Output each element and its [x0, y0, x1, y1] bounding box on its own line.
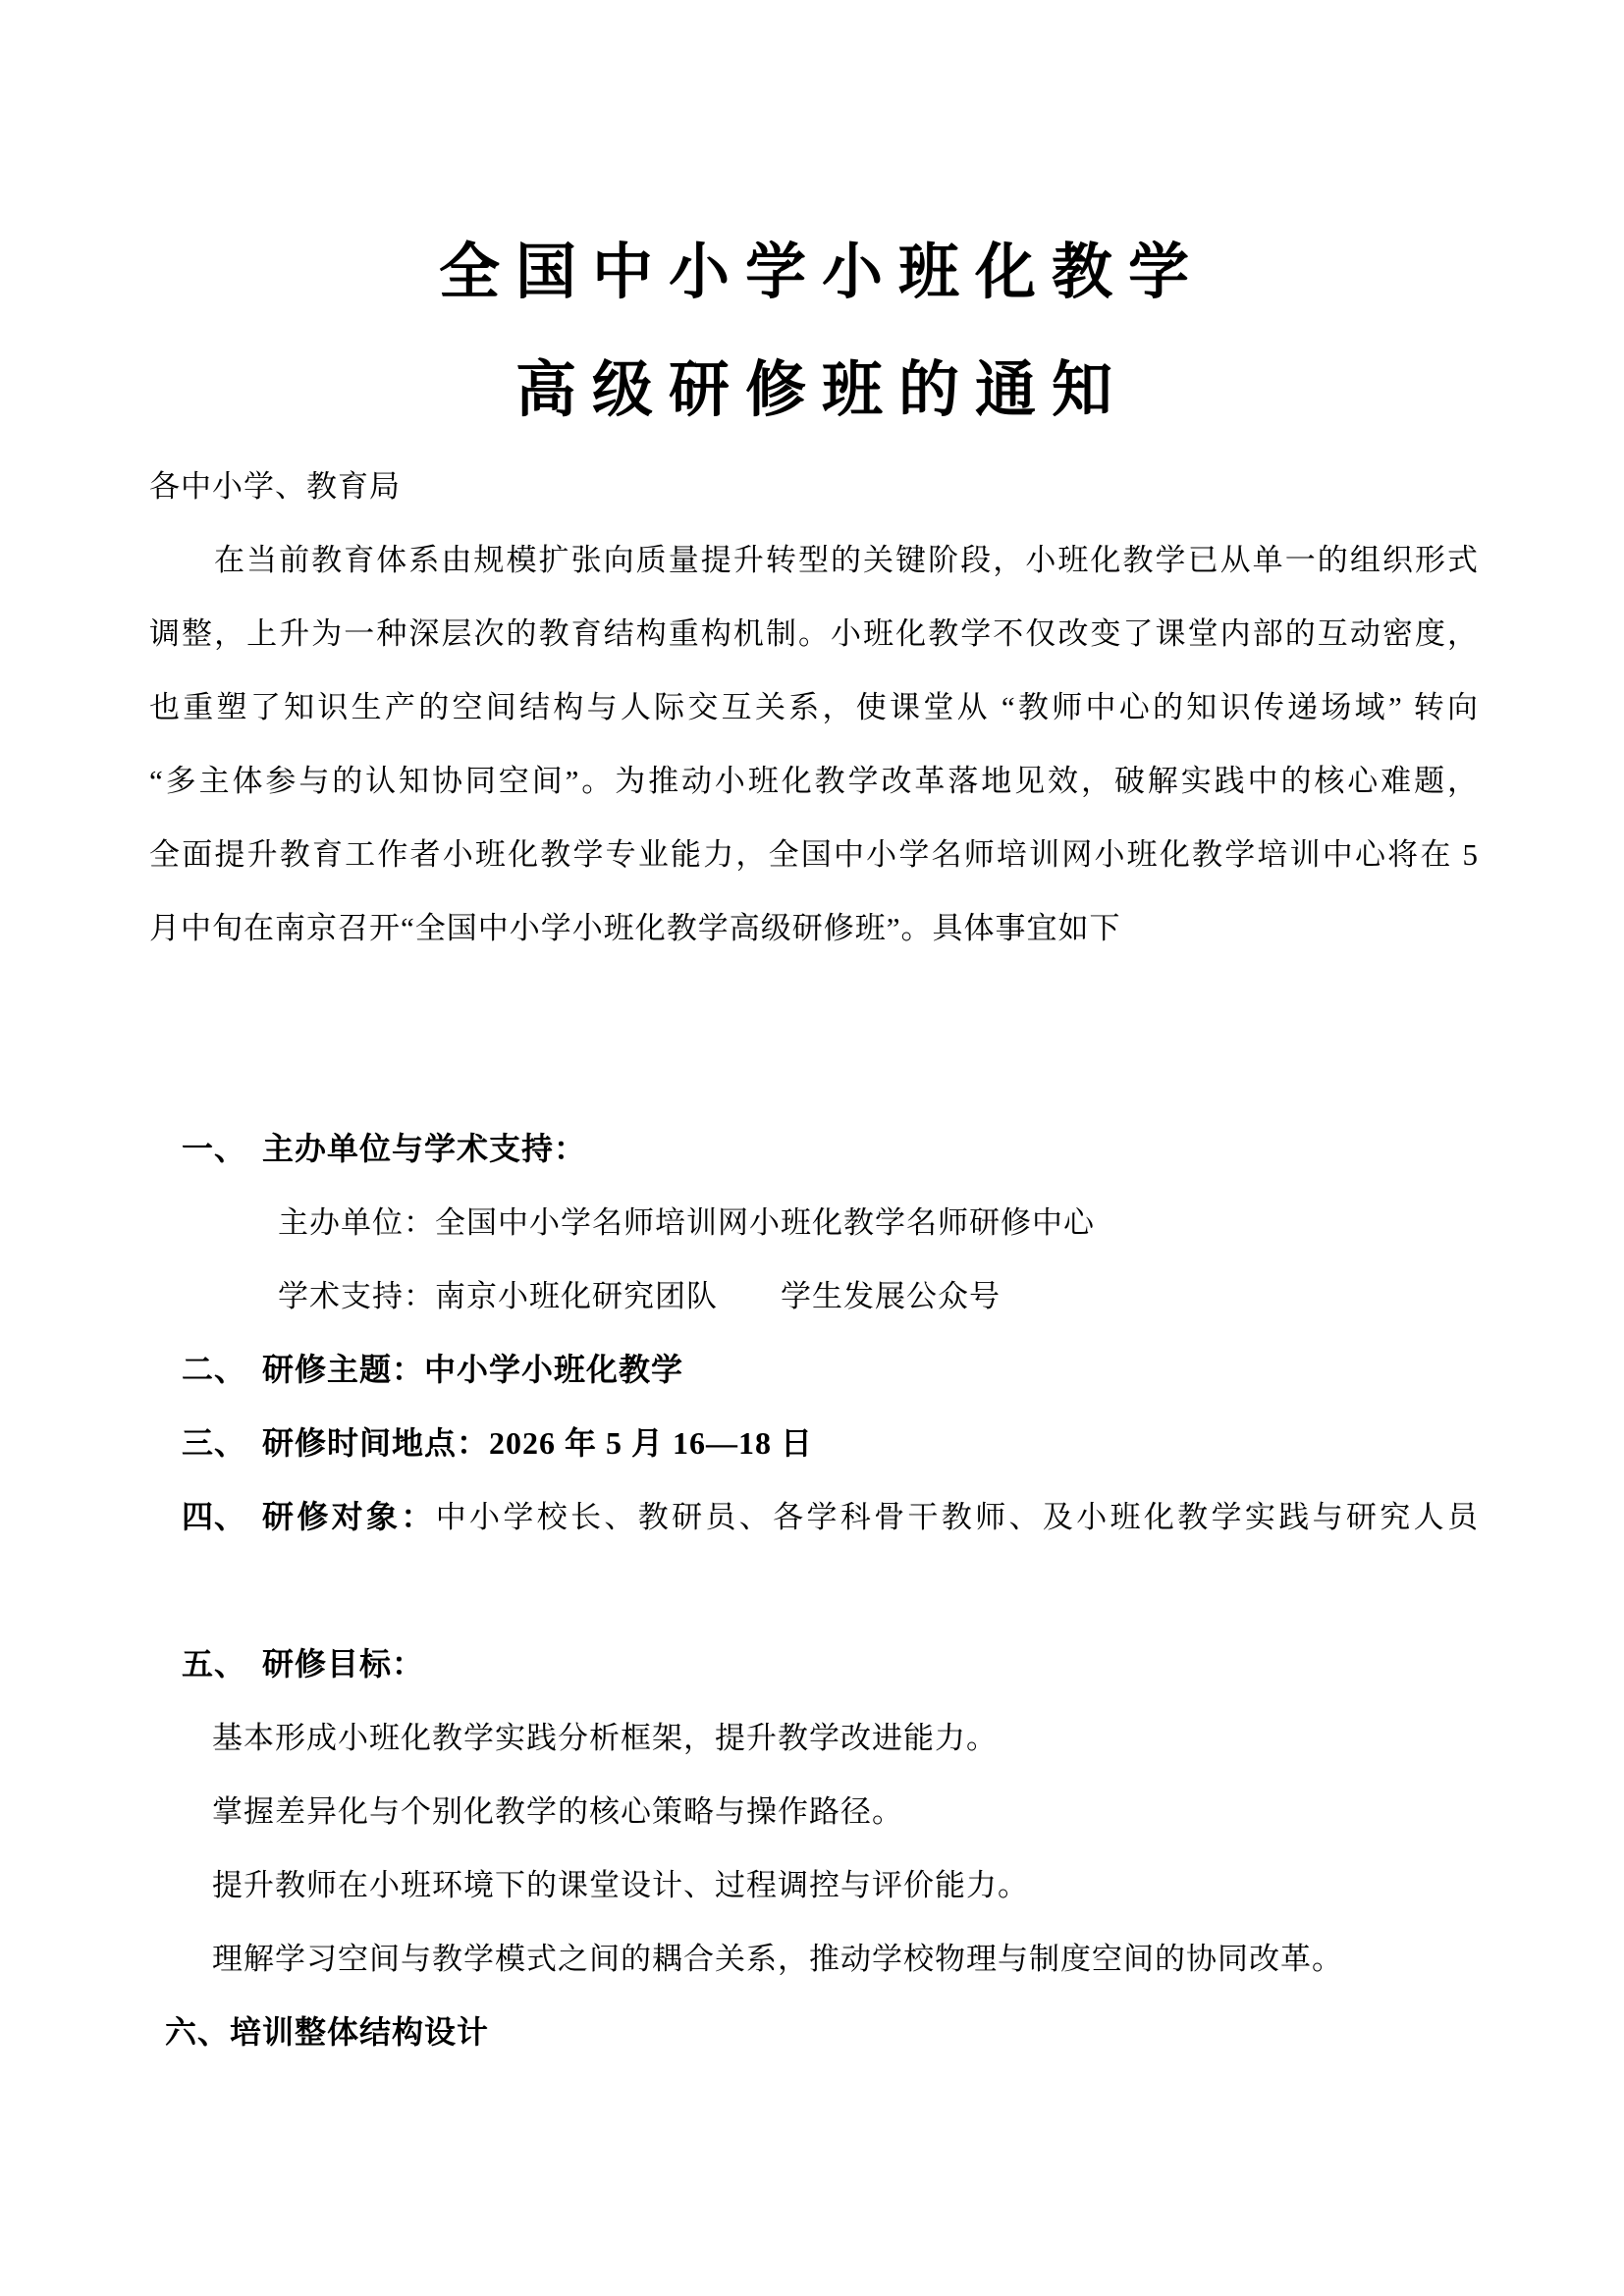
section-5-goal-item: 掌握差异化与个别化教学的核心策略与操作路径。	[149, 1775, 1479, 1848]
document-title-line-2: 高级研修班的通知	[149, 332, 1479, 450]
section-1-item: 学术支持：南京小班化研究团队 学生发展公众号	[149, 1259, 1479, 1333]
section-6-title: 培训整体结构设计	[230, 2014, 489, 2050]
document-page: 全国中小学小班化教学 高级研修班的通知 各中小学、教育局 在当前教育体系由规模扩…	[0, 0, 1624, 2296]
section-1-title: 主办单位与学术支持：	[262, 1112, 1479, 1186]
section-4-title: 研修对象：	[262, 1499, 436, 1534]
vertical-spacer	[149, 1554, 1479, 1628]
section-5-goal-item: 基本形成小班化教学实践分析框架，提升教学改进能力。	[149, 1701, 1479, 1775]
section-2-heading: 二、 研修主题：中小学小班化教学	[149, 1333, 1479, 1407]
salutation: 各中小学、教育局	[149, 450, 1479, 523]
section-6-heading: 六、培训整体结构设计	[149, 1996, 1479, 2069]
intro-paragraph-line: 月中旬在南京召开“全国中小学小班化教学高级研修班”。具体事宜如下	[149, 891, 1479, 965]
intro-paragraph-line: 在当前教育体系由规模扩张向质量提升转型的关键阶段，小班化教学已从单一的组织形式	[149, 523, 1479, 597]
section-1-item: 主办单位：全国中小学名师培训网小班化教学名师研修中心	[149, 1186, 1479, 1259]
intro-paragraph-line: 调整，上升为一种深层次的教育结构重构机制。小班化教学不仅改变了课堂内部的互动密度…	[149, 597, 1479, 670]
section-1-number: 一、	[182, 1112, 262, 1186]
section-2-title: 研修主题：中小学小班化教学	[262, 1333, 1479, 1407]
intro-paragraph-line: 全面提升教育工作者小班化教学专业能力，全国中小学名师培训网小班化教学培训中心将在…	[149, 818, 1479, 891]
section-5-number: 五、	[182, 1628, 262, 1701]
section-4-content: 研修对象：中小学校长、教研员、各学科骨干教师、及小班化教学实践与研究人员	[262, 1480, 1479, 1554]
intro-paragraph-line: “多主体参与的认知协同空间”。为推动小班化教学改革落地见效，破解实践中的核心难题…	[149, 744, 1479, 818]
section-1-heading: 一、 主办单位与学术支持：	[149, 1112, 1479, 1186]
section-5-goal-item: 理解学习空间与教学模式之间的耦合关系，推动学校物理与制度空间的协同改革。	[149, 1922, 1479, 1996]
section-3-title: 研修时间地点：2026 年 5 月 16—18 日	[262, 1407, 1479, 1480]
section-2-number: 二、	[182, 1333, 262, 1407]
section-3-heading: 三、 研修时间地点：2026 年 5 月 16—18 日	[149, 1407, 1479, 1480]
document-title-line-1: 全国中小学小班化教学	[149, 214, 1479, 332]
section-4-number: 四、	[182, 1480, 262, 1554]
section-6-number: 六、	[165, 2014, 230, 2050]
section-5-goal-item: 提升教师在小班环境下的课堂设计、过程调控与评价能力。	[149, 1848, 1479, 1922]
section-3-number: 三、	[182, 1407, 262, 1480]
vertical-spacer	[149, 965, 1479, 1112]
section-5-title: 研修目标：	[262, 1628, 1479, 1701]
section-5-heading: 五、 研修目标：	[149, 1628, 1479, 1701]
intro-paragraph-line: 也重塑了知识生产的空间结构与人际交互关系，使课堂从 “教师中心的知识传递场域” …	[149, 670, 1479, 744]
section-4-body: 中小学校长、教研员、各学科骨干教师、及小班化教学实践与研究人员	[436, 1500, 1479, 1534]
section-4-heading: 四、 研修对象：中小学校长、教研员、各学科骨干教师、及小班化教学实践与研究人员	[149, 1480, 1479, 1554]
